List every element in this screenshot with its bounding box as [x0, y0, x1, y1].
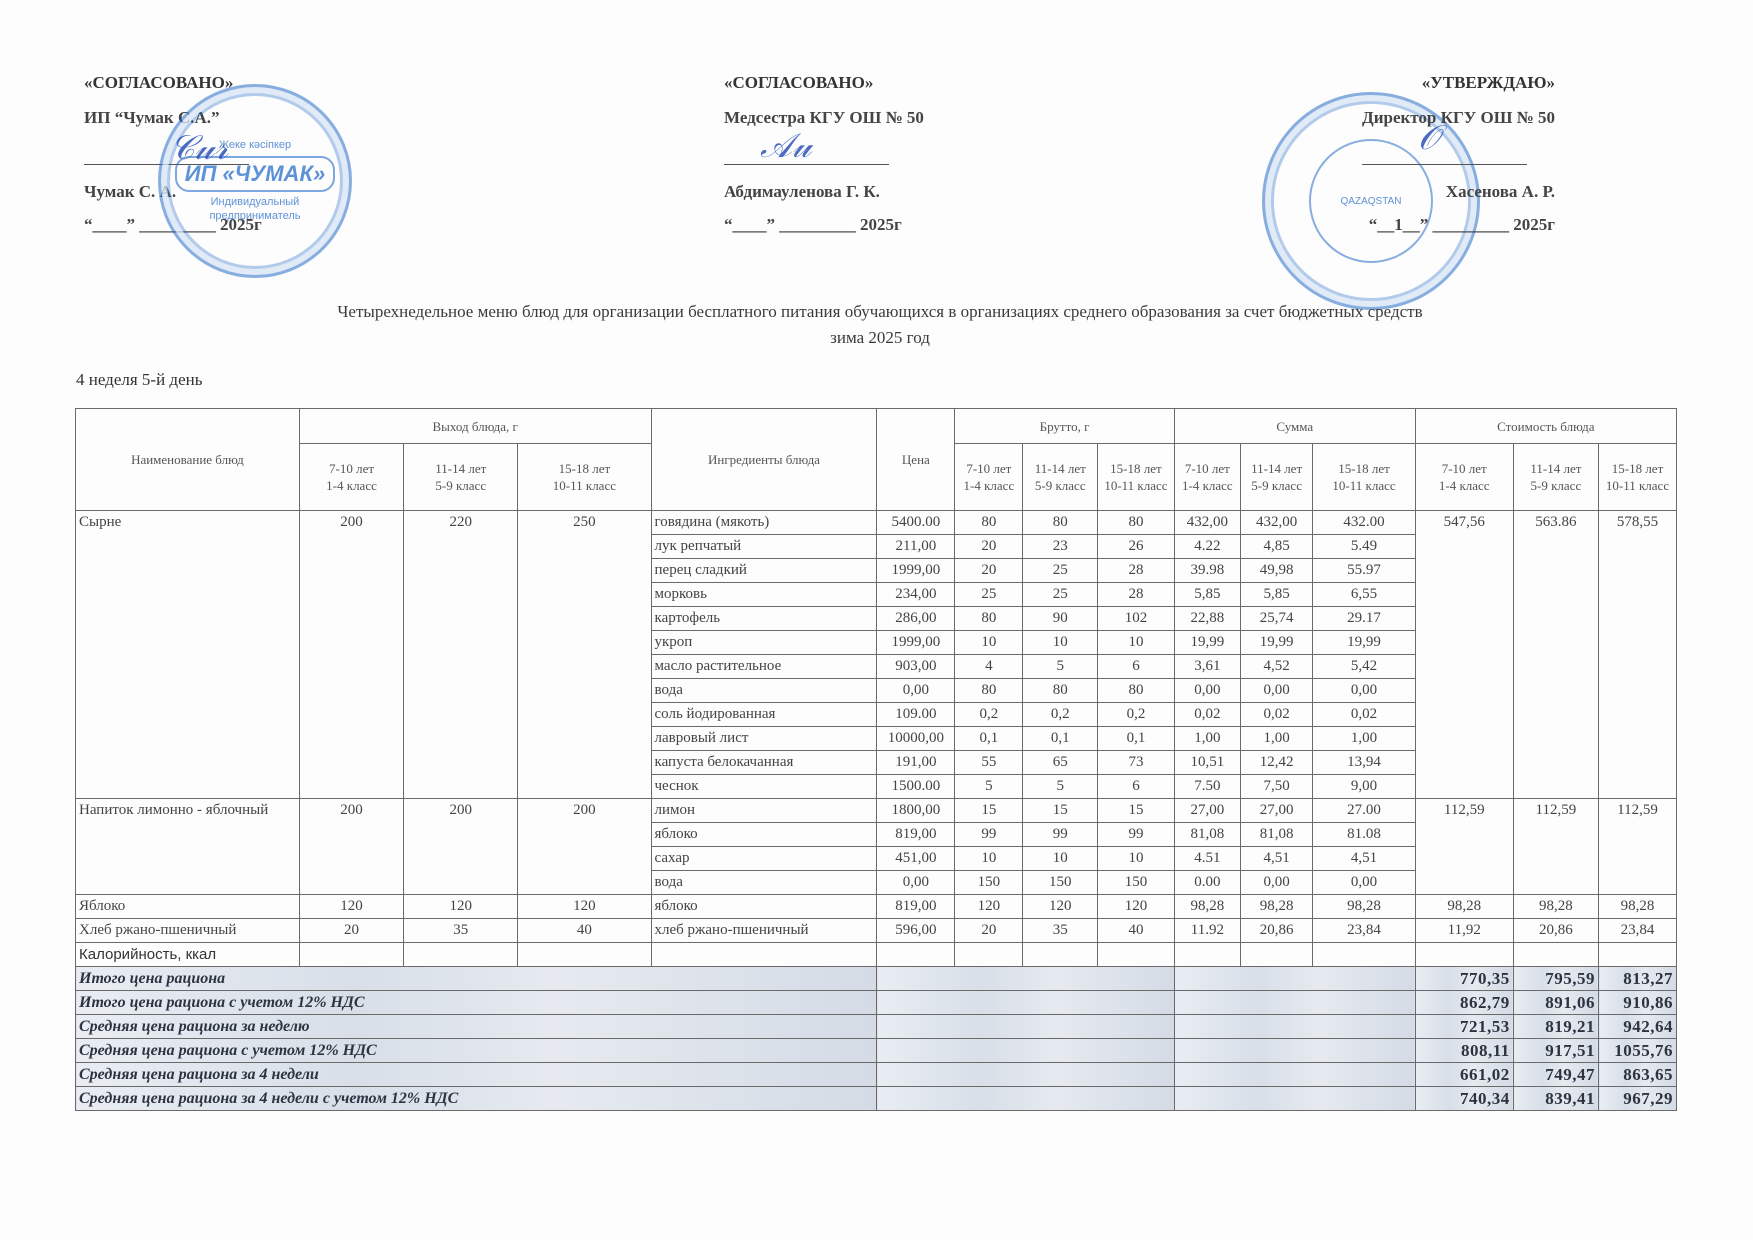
age-range: 15-18 лет: [1101, 460, 1171, 477]
sum-cell: 7,50: [1240, 775, 1312, 799]
summary-value: 1055,76: [1599, 1039, 1677, 1063]
yield-cell: 250: [518, 511, 651, 799]
header-gross-age-0: 7-10 лет1-4 класс: [955, 444, 1023, 511]
sum-cell: 0,00: [1240, 679, 1312, 703]
sum-cell: 3,61: [1174, 655, 1240, 679]
sum-cell: 27,00: [1174, 799, 1240, 823]
header-sum: Сумма: [1174, 409, 1415, 444]
approval-date: “____” _________ 2025г: [724, 216, 924, 233]
gross-cell: 150: [955, 871, 1023, 895]
sum-cell: 81,08: [1240, 823, 1312, 847]
gross-cell: 120: [1023, 895, 1098, 919]
gross-cell: 0,1: [955, 727, 1023, 751]
age-range: 11-14 лет: [1244, 460, 1309, 477]
summary-value: 891,06: [1513, 991, 1598, 1015]
sum-cell: 0.00: [1174, 871, 1240, 895]
gross-cell: 40: [1098, 919, 1175, 943]
dish-cost-cell: 112,59: [1415, 799, 1513, 895]
empty-cell: [518, 943, 651, 967]
grade-range: 5-9 класс: [1026, 477, 1094, 494]
sum-cell: 432.00: [1313, 511, 1415, 535]
summary-spacer: [1174, 1063, 1415, 1087]
summary-value: 862,79: [1415, 991, 1513, 1015]
gross-cell: 5: [955, 775, 1023, 799]
ingredient-price-cell: 596,00: [877, 919, 955, 943]
sum-cell: 25,74: [1240, 607, 1312, 631]
sum-cell: 12,42: [1240, 751, 1312, 775]
gross-cell: 90: [1023, 607, 1098, 631]
gross-cell: 102: [1098, 607, 1175, 631]
sum-cell: 432,00: [1240, 511, 1312, 535]
table-row: Напиток лимонно - яблочный200200200лимон…: [76, 799, 1677, 823]
sum-cell: 22,88: [1174, 607, 1240, 631]
ingredient-name-cell: вода: [651, 679, 877, 703]
sum-cell: 27,00: [1240, 799, 1312, 823]
dish-name-cell: Напиток лимонно - яблочный: [76, 799, 300, 895]
sum-cell: 4.22: [1174, 535, 1240, 559]
header-cost-age-2: 15-18 лет10-11 класс: [1599, 444, 1677, 511]
yield-cell: 200: [299, 799, 403, 895]
dish-cost-cell: 98,28: [1599, 895, 1677, 919]
yield-cell: 200: [299, 511, 403, 799]
gross-cell: 10: [1023, 847, 1098, 871]
sum-cell: 98,28: [1240, 895, 1312, 919]
gross-cell: 80: [1023, 679, 1098, 703]
gross-cell: 80: [955, 679, 1023, 703]
header-cost: Стоимость блюда: [1415, 409, 1676, 444]
sum-cell: 19,99: [1240, 631, 1312, 655]
ingredient-name-cell: картофель: [651, 607, 877, 631]
grade-range: 10-11 класс: [521, 477, 647, 494]
approval-org: Директор КГУ ОШ № 50: [1362, 109, 1555, 126]
yield-cell: 35: [404, 919, 518, 943]
empty-cell: [1174, 943, 1240, 967]
sum-cell: 1,00: [1240, 727, 1312, 751]
ingredient-price-cell: 903,00: [877, 655, 955, 679]
empty-cell: [1098, 943, 1175, 967]
sum-cell: 4,51: [1313, 847, 1415, 871]
yield-cell: 40: [518, 919, 651, 943]
dish-cost-cell: 98,28: [1513, 895, 1598, 919]
age-range: 11-14 лет: [1026, 460, 1094, 477]
gross-cell: 150: [1023, 871, 1098, 895]
header-ingredients: Ингредиенты блюда: [651, 409, 877, 511]
sum-cell: 5,85: [1240, 583, 1312, 607]
sum-cell: 0,00: [1240, 871, 1312, 895]
ingredient-name-cell: морковь: [651, 583, 877, 607]
ingredient-name-cell: говядина (мякоть): [651, 511, 877, 535]
summary-value: 863,65: [1599, 1063, 1677, 1087]
age-range: 7-10 лет: [958, 460, 1019, 477]
gross-cell: 25: [1023, 559, 1098, 583]
ingredient-name-cell: чеснок: [651, 775, 877, 799]
gross-cell: 28: [1098, 559, 1175, 583]
age-range: 15-18 лет: [1602, 460, 1673, 477]
summary-spacer: [877, 991, 1174, 1015]
ingredient-price-cell: 1999,00: [877, 631, 955, 655]
sum-cell: 432,00: [1174, 511, 1240, 535]
empty-cell: [1313, 943, 1415, 967]
ingredient-price-cell: 191,00: [877, 751, 955, 775]
scanned-document-page: «СОГЛАСОВАНО» ИП “Чумак С.А.” Чумак С. А…: [0, 0, 1753, 1240]
sum-cell: 49,98: [1240, 559, 1312, 583]
sum-cell: 7.50: [1174, 775, 1240, 799]
ip-chumak-stamp: Жеке кәсіпкер ИП «ЧУМАК» Индивидуальный …: [158, 84, 352, 278]
summary-spacer: [877, 1087, 1174, 1111]
grade-range: 10-11 класс: [1316, 477, 1411, 494]
document-subtitle: зима 2025 год: [120, 328, 1640, 348]
summary-value: 910,86: [1599, 991, 1677, 1015]
age-range: 11-14 лет: [1517, 460, 1595, 477]
ingredient-price-cell: 819,00: [877, 895, 955, 919]
gross-cell: 80: [1023, 511, 1098, 535]
sum-cell: 4.51: [1174, 847, 1240, 871]
ingredient-name-cell: капуста белокачанная: [651, 751, 877, 775]
gross-cell: 20: [955, 919, 1023, 943]
grade-range: 10-11 класс: [1602, 477, 1673, 494]
calories-label: Калорийность, ккал: [76, 943, 300, 967]
gross-cell: 10: [1098, 631, 1175, 655]
summary-value: 749,47: [1513, 1063, 1598, 1087]
header-gross-age-2: 15-18 лет10-11 класс: [1098, 444, 1175, 511]
sum-cell: 98,28: [1313, 895, 1415, 919]
day-label: 4 неделя 5-й день: [76, 370, 202, 390]
gross-cell: 65: [1023, 751, 1098, 775]
gross-cell: 80: [955, 607, 1023, 631]
summary-spacer: [1174, 967, 1415, 991]
summary-value: 942,64: [1599, 1015, 1677, 1039]
sum-cell: 1,00: [1313, 727, 1415, 751]
dish-cost-cell: 98,28: [1415, 895, 1513, 919]
header-price: Цена: [877, 409, 955, 511]
sum-cell: 5,85: [1174, 583, 1240, 607]
grade-range: 1-4 класс: [958, 477, 1019, 494]
sum-cell: 10,51: [1174, 751, 1240, 775]
ingredient-price-cell: 5400.00: [877, 511, 955, 535]
gross-cell: 10: [955, 847, 1023, 871]
yield-cell: 220: [404, 511, 518, 799]
stamp-subtitle: Индивидуальный предприниматель: [200, 196, 310, 224]
empty-cell: [404, 943, 518, 967]
dish-cost-cell: 563.86: [1513, 511, 1598, 799]
gross-cell: 55: [955, 751, 1023, 775]
sum-cell: 4,85: [1240, 535, 1312, 559]
summary-spacer: [877, 1015, 1174, 1039]
gross-cell: 80: [1098, 511, 1175, 535]
ingredient-name-cell: сахар: [651, 847, 877, 871]
grade-range: 10-11 класс: [1101, 477, 1171, 494]
menu-table: Наименование блюд Выход блюда, г Ингреди…: [75, 408, 1677, 1111]
sum-cell: 29.17: [1313, 607, 1415, 631]
gross-cell: 0,2: [1023, 703, 1098, 727]
empty-cell: [651, 943, 877, 967]
header-dish-name: Наименование блюд: [76, 409, 300, 511]
dish-name-cell: Хлеб ржано-пшеничный: [76, 919, 300, 943]
age-range: 7-10 лет: [303, 460, 400, 477]
gross-cell: 5: [1023, 655, 1098, 679]
grade-range: 1-4 класс: [1419, 477, 1510, 494]
summary-value: 740,34: [1415, 1087, 1513, 1111]
sum-cell: 0,02: [1240, 703, 1312, 727]
sum-cell: 6,55: [1313, 583, 1415, 607]
ingredient-price-cell: 0,00: [877, 871, 955, 895]
gross-cell: 20: [955, 535, 1023, 559]
empty-cell: [1415, 943, 1513, 967]
ingredient-name-cell: соль йодированная: [651, 703, 877, 727]
sum-cell: 13,94: [1313, 751, 1415, 775]
summary-value: 839,41: [1513, 1087, 1598, 1111]
ingredient-name-cell: вода: [651, 871, 877, 895]
summary-spacer: [877, 967, 1174, 991]
yield-cell: 200: [404, 799, 518, 895]
approval-heading: «СОГЛАСОВАНО»: [724, 74, 924, 91]
ingredient-price-cell: 1999,00: [877, 559, 955, 583]
grade-range: 5-9 класс: [1244, 477, 1309, 494]
summary-row: Средняя цена рациона за неделю721,53819,…: [76, 1015, 1677, 1039]
sum-cell: 27.00: [1313, 799, 1415, 823]
summary-label: Средняя цена рациона с учетом 12% НДС: [76, 1039, 877, 1063]
gross-cell: 20: [955, 559, 1023, 583]
sum-cell: 5.49: [1313, 535, 1415, 559]
summary-label: Средняя цена рациона за неделю: [76, 1015, 877, 1039]
summary-value: 967,29: [1599, 1087, 1677, 1111]
gross-cell: 80: [1098, 679, 1175, 703]
summary-value: 661,02: [1415, 1063, 1513, 1087]
summary-spacer: [877, 1039, 1174, 1063]
approval-block-right: «УТВЕРЖДАЮ» Директор КГУ ОШ № 50 Хасенов…: [1362, 74, 1555, 233]
sum-cell: 23,84: [1313, 919, 1415, 943]
gross-cell: 15: [1098, 799, 1175, 823]
approval-date: “__1__” _________ 2025г: [1362, 216, 1555, 233]
grade-range: 1-4 класс: [303, 477, 400, 494]
empty-cell: [955, 943, 1023, 967]
empty-cell: [1599, 943, 1677, 967]
ingredient-name-cell: яблоко: [651, 895, 877, 919]
sum-cell: 0,00: [1313, 871, 1415, 895]
sum-cell: 20,86: [1240, 919, 1312, 943]
summary-spacer: [1174, 1039, 1415, 1063]
summary-label: Средняя цена рациона за 4 недели с учето…: [76, 1087, 877, 1111]
summary-spacer: [877, 1063, 1174, 1087]
approval-org: Медсестра КГУ ОШ № 50: [724, 109, 924, 126]
ingredient-name-cell: масло растительное: [651, 655, 877, 679]
gross-cell: 35: [1023, 919, 1098, 943]
summary-spacer: [1174, 1015, 1415, 1039]
ingredient-price-cell: 211,00: [877, 535, 955, 559]
approval-name: Абдимауленова Г. К.: [724, 183, 924, 200]
gross-cell: 15: [1023, 799, 1098, 823]
gross-cell: 10: [1023, 631, 1098, 655]
yield-cell: 120: [518, 895, 651, 919]
sum-cell: 11.92: [1174, 919, 1240, 943]
gross-cell: 0,2: [955, 703, 1023, 727]
signature-right-icon: 𝒪: [1418, 118, 1439, 158]
empty-cell: [299, 943, 403, 967]
approval-heading: «УТВЕРЖДАЮ»: [1362, 74, 1555, 91]
age-range: 7-10 лет: [1178, 460, 1237, 477]
approval-block-middle: «СОГЛАСОВАНО» Медсестра КГУ ОШ № 50 Абди…: [724, 74, 924, 233]
calories-row: Калорийность, ккал: [76, 943, 1677, 967]
yield-cell: 20: [299, 919, 403, 943]
summary-spacer: [1174, 991, 1415, 1015]
dish-cost-cell: 547,56: [1415, 511, 1513, 799]
gross-cell: 25: [955, 583, 1023, 607]
header-sum-age-2: 15-18 лет10-11 класс: [1313, 444, 1415, 511]
header-yield: Выход блюда, г: [299, 409, 651, 444]
sum-cell: 81,08: [1174, 823, 1240, 847]
ingredient-price-cell: 286,00: [877, 607, 955, 631]
ingredient-price-cell: 819,00: [877, 823, 955, 847]
summary-label: Итого цена рациона с учетом 12% НДС: [76, 991, 877, 1015]
empty-cell: [1023, 943, 1098, 967]
gross-cell: 5: [1023, 775, 1098, 799]
gross-cell: 10: [955, 631, 1023, 655]
header-gross: Брутто, г: [955, 409, 1175, 444]
grade-range: 5-9 класс: [1517, 477, 1595, 494]
header-yield-age-0: 7-10 лет1-4 класс: [299, 444, 403, 511]
sum-cell: 0,00: [1313, 679, 1415, 703]
gross-cell: 73: [1098, 751, 1175, 775]
gross-cell: 120: [955, 895, 1023, 919]
gross-cell: 99: [1023, 823, 1098, 847]
sum-cell: 19,99: [1313, 631, 1415, 655]
table-row: Сырне200220250говядина (мякоть)5400.0080…: [76, 511, 1677, 535]
ingredient-price-cell: 0,00: [877, 679, 955, 703]
gross-cell: 0,2: [1098, 703, 1175, 727]
summary-value: 808,11: [1415, 1039, 1513, 1063]
gross-cell: 6: [1098, 775, 1175, 799]
ingredient-price-cell: 10000,00: [877, 727, 955, 751]
summary-value: 917,51: [1513, 1039, 1598, 1063]
age-range: 15-18 лет: [1316, 460, 1411, 477]
empty-cell: [1513, 943, 1598, 967]
sum-cell: 19,99: [1174, 631, 1240, 655]
summary-label: Средняя цена рациона за 4 недели: [76, 1063, 877, 1087]
gross-cell: 28: [1098, 583, 1175, 607]
age-range: 15-18 лет: [521, 460, 647, 477]
yield-cell: 120: [299, 895, 403, 919]
sum-cell: 1,00: [1174, 727, 1240, 751]
sum-cell: 81.08: [1313, 823, 1415, 847]
summary-row: Средняя цена рациона за 4 недели с учето…: [76, 1087, 1677, 1111]
sum-cell: 0,02: [1313, 703, 1415, 727]
dish-cost-cell: 11,92: [1415, 919, 1513, 943]
dish-cost-cell: 112,59: [1513, 799, 1598, 895]
ingredient-price-cell: 1500.00: [877, 775, 955, 799]
summary-value: 795,59: [1513, 967, 1598, 991]
ingredient-price-cell: 234,00: [877, 583, 955, 607]
table-row: Хлеб ржано-пшеничный203540хлеб ржано-пше…: [76, 919, 1677, 943]
gross-cell: 10: [1098, 847, 1175, 871]
gross-cell: 23: [1023, 535, 1098, 559]
summary-value: 721,53: [1415, 1015, 1513, 1039]
ingredient-name-cell: хлеб ржано-пшеничный: [651, 919, 877, 943]
gross-cell: 99: [955, 823, 1023, 847]
sum-cell: 4,51: [1240, 847, 1312, 871]
gross-cell: 0,1: [1098, 727, 1175, 751]
summary-row: Итого цена рациона770,35795,59813,27: [76, 967, 1677, 991]
signature-middle-icon: 𝒜𝓊: [760, 126, 811, 166]
gross-cell: 25: [1023, 583, 1098, 607]
ingredient-price-cell: 451,00: [877, 847, 955, 871]
gross-cell: 120: [1098, 895, 1175, 919]
sum-cell: 55.97: [1313, 559, 1415, 583]
sum-cell: 0,00: [1174, 679, 1240, 703]
header-cost-age-1: 11-14 лет5-9 класс: [1513, 444, 1598, 511]
summary-row: Средняя цена рациона за 4 недели661,0274…: [76, 1063, 1677, 1087]
sum-cell: 0,02: [1174, 703, 1240, 727]
header-gross-age-1: 11-14 лет5-9 класс: [1023, 444, 1098, 511]
sum-cell: 9,00: [1313, 775, 1415, 799]
grade-range: 1-4 класс: [1178, 477, 1237, 494]
gross-cell: 0,1: [1023, 727, 1098, 751]
header-sum-age-1: 11-14 лет5-9 класс: [1240, 444, 1312, 511]
signature-line: [1362, 144, 1527, 165]
gross-cell: 15: [955, 799, 1023, 823]
age-range: 7-10 лет: [1419, 460, 1510, 477]
ingredient-name-cell: яблоко: [651, 823, 877, 847]
summary-value: 770,35: [1415, 967, 1513, 991]
gross-cell: 150: [1098, 871, 1175, 895]
gross-cell: 4: [955, 655, 1023, 679]
signature-left-icon: 𝒞𝓊𝓇: [170, 128, 228, 168]
ingredient-name-cell: лавровый лист: [651, 727, 877, 751]
ingredient-name-cell: укроп: [651, 631, 877, 655]
gross-cell: 26: [1098, 535, 1175, 559]
ingredient-price-cell: 1800,00: [877, 799, 955, 823]
summary-label: Итого цена рациона: [76, 967, 877, 991]
yield-cell: 200: [518, 799, 651, 895]
sum-cell: 39.98: [1174, 559, 1240, 583]
dish-name-cell: Сырне: [76, 511, 300, 799]
summary-spacer: [1174, 1087, 1415, 1111]
dish-cost-cell: 578,55: [1599, 511, 1677, 799]
header-yield-age-2: 15-18 лет10-11 класс: [518, 444, 651, 511]
age-range: 11-14 лет: [407, 460, 514, 477]
empty-cell: [1240, 943, 1312, 967]
table-row: Яблоко120120120яблоко819,0012012012098,2…: [76, 895, 1677, 919]
summary-row: Средняя цена рациона с учетом 12% НДС808…: [76, 1039, 1677, 1063]
dish-name-cell: Яблоко: [76, 895, 300, 919]
gross-cell: 6: [1098, 655, 1175, 679]
gross-cell: 80: [955, 511, 1023, 535]
summary-row: Итого цена рациона с учетом 12% НДС862,7…: [76, 991, 1677, 1015]
dish-cost-cell: 112,59: [1599, 799, 1677, 895]
ingredient-name-cell: перец сладкий: [651, 559, 877, 583]
sum-cell: 4,52: [1240, 655, 1312, 679]
header-yield-age-1: 11-14 лет5-9 класс: [404, 444, 518, 511]
ingredient-name-cell: лимон: [651, 799, 877, 823]
dish-cost-cell: 20,86: [1513, 919, 1598, 943]
header-sum-age-0: 7-10 лет1-4 класс: [1174, 444, 1240, 511]
approval-name: Хасенова А. Р.: [1362, 183, 1555, 200]
grade-range: 5-9 класс: [407, 477, 514, 494]
header-cost-age-0: 7-10 лет1-4 класс: [1415, 444, 1513, 511]
dish-cost-cell: 23,84: [1599, 919, 1677, 943]
summary-value: 819,21: [1513, 1015, 1598, 1039]
yield-cell: 120: [404, 895, 518, 919]
ingredient-name-cell: лук репчатый: [651, 535, 877, 559]
ingredient-price-cell: 109.00: [877, 703, 955, 727]
empty-cell: [877, 943, 955, 967]
document-title: Четырехнедельное меню блюд для организац…: [120, 302, 1640, 322]
sum-cell: 98,28: [1174, 895, 1240, 919]
sum-cell: 5,42: [1313, 655, 1415, 679]
gross-cell: 99: [1098, 823, 1175, 847]
summary-value: 813,27: [1599, 967, 1677, 991]
